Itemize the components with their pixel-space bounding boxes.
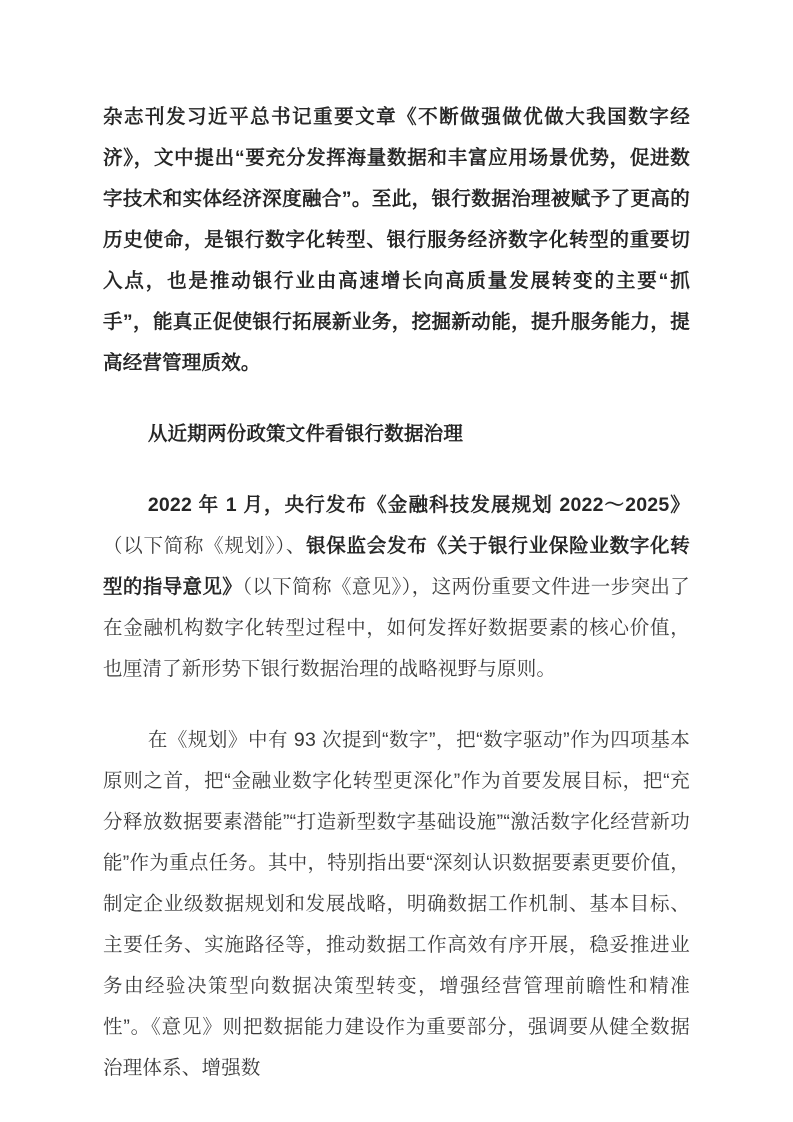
text-run: 从近期两份政策文件看银行数据治理 (148, 423, 463, 445)
paragraph-2: 2022 年 1 月，央行发布《金融科技发展规划 2022～2025》（以下简称… (103, 485, 690, 690)
document-body: 杂志刊发习近平总书记重要文章《不断做强做优做大我国数字经济》，文中提出“要充分发… (103, 97, 690, 1089)
text-run: 杂志刊发习近平总书记重要文章《不断做强做优做大我国数字经济》，文中提出“要充分发… (103, 106, 690, 374)
paragraph-1: 杂志刊发习近平总书记重要文章《不断做强做优做大我国数字经济》，文中提出“要充分发… (103, 97, 690, 384)
section-heading: 从近期两份政策文件看银行数据治理 (103, 414, 690, 455)
text-run: （以下简称《规划》）、 (103, 535, 306, 557)
paragraph-3: 在《规划》中有 93 次提到“数字”，把“数字驱动”作为四项基本原则之首，把“金… (103, 720, 690, 1089)
text-run: 在《规划》中有 93 次提到“数字”，把“数字驱动”作为四项基本原则之首，把“金… (103, 729, 690, 1079)
text-run: 2022 年 1 月，央行发布《金融科技发展规划 2022～2025》 (148, 494, 690, 516)
document-page: 杂志刊发习近平总书记重要文章《不断做强做优做大我国数字经济》，文中提出“要充分发… (0, 0, 793, 1122)
